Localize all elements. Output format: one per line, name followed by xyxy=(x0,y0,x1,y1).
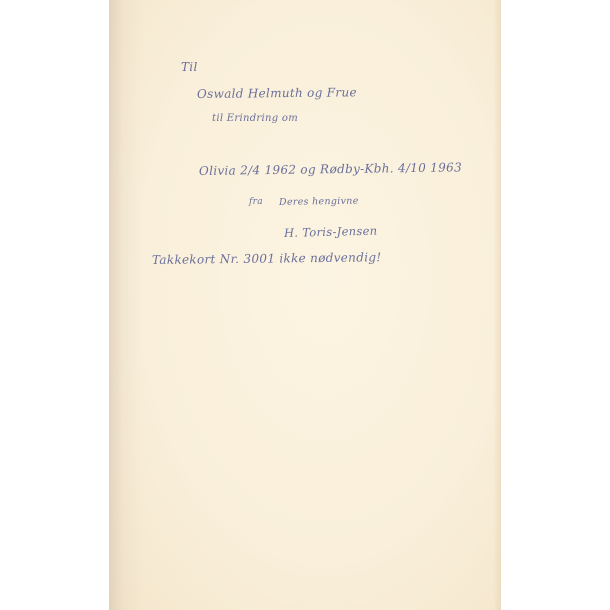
inscription-note: Takkekort Nr. 3001 ikke nødvendig! xyxy=(152,250,382,267)
inscription-recipient: Oswald Helmuth og Frue xyxy=(197,85,357,101)
inscription-from: fra xyxy=(249,197,263,207)
inscription-occasion: til Erindring om xyxy=(212,113,298,124)
inscription-salutation: Til xyxy=(181,60,198,74)
photo-stage: Til Oswald Helmuth og Frue til Erindring… xyxy=(0,0,610,610)
inscription-signature: H. Toris-Jensen xyxy=(284,224,378,240)
inscription-dates: Olivia 2/4 1962 og Rødby-Kbh. 4/10 1963 xyxy=(199,160,462,178)
inscription-closing: Deres hengivne xyxy=(279,196,359,208)
book-page: Til Oswald Helmuth og Frue til Erindring… xyxy=(109,0,501,610)
